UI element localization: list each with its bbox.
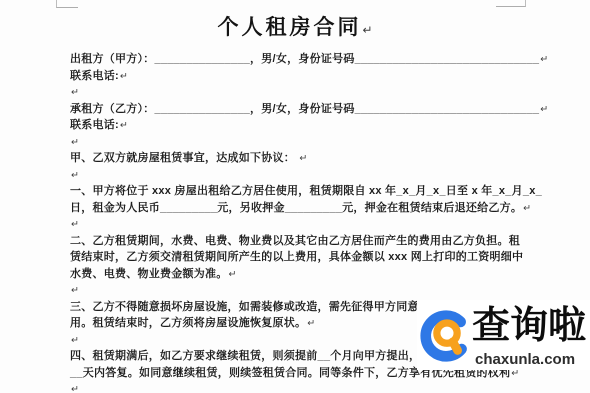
paragraph-mark: ↵ bbox=[71, 219, 79, 230]
paragraph-mark: ↵ bbox=[307, 318, 315, 329]
paragraph-mark: ↵ bbox=[71, 384, 79, 393]
paragraph-mark: ↵ bbox=[362, 23, 372, 37]
document-line: 联系电话:↵ bbox=[70, 117, 548, 134]
document-line: ↵ bbox=[70, 167, 548, 184]
document-title: 个人租房合同↵ bbox=[0, 11, 590, 41]
paragraph-mark: ↵ bbox=[523, 203, 531, 214]
magnifier-logo-icon bbox=[418, 305, 476, 367]
word-document-page: 个人租房合同↵ 出租方（甲方）：_______________，男/女，身份证号… bbox=[0, 0, 590, 393]
document-line: 赁结束时，乙方须交清租赁期间所产生的以上费用，具体金额以 xxx 网上打印的工资… bbox=[70, 249, 548, 266]
paragraph-mark: ↵ bbox=[540, 54, 548, 65]
paragraph-mark: ↵ bbox=[71, 137, 79, 148]
paragraph-mark: ↵ bbox=[120, 71, 128, 82]
paragraph-mark: ↵ bbox=[71, 170, 79, 181]
watermark-brand: 查询啦 bbox=[472, 301, 586, 351]
paragraph-mark: ↵ bbox=[229, 269, 237, 280]
watermark: 查询啦 chaxunla.com bbox=[417, 300, 590, 370]
document-line: 联系电话:↵ bbox=[70, 68, 548, 85]
text-boundary-mark-left bbox=[56, 0, 78, 8]
paragraph-mark: ↵ bbox=[540, 104, 548, 115]
document-line: ↵ bbox=[70, 282, 548, 299]
paragraph-mark: ↵ bbox=[299, 153, 307, 164]
paragraph-mark: ↵ bbox=[71, 87, 79, 98]
document-line: 二、乙方租赁期间，水费、电费、物业费以及其它由乙方居住而产生的费用由乙方负担。租 bbox=[70, 233, 548, 250]
paragraph-mark: ↵ bbox=[71, 285, 79, 296]
watermark-domain: chaxunla.com bbox=[475, 351, 575, 368]
document-line: 一、甲方将位于 xxx 房屋出租给乙方居住使用，租赁期限自 xx 年_x_月_x… bbox=[70, 183, 548, 200]
document-line: ↵ bbox=[70, 381, 548, 393]
document-line: 承租方（乙方）：_______________，男/女，身份证号码_______… bbox=[70, 101, 548, 118]
paragraph-mark: ↵ bbox=[71, 335, 79, 346]
text-boundary-mark-right bbox=[496, 0, 526, 7]
document-line: 水费、电费、物业费金额为准。↵ bbox=[70, 266, 548, 283]
document-line: ↵ bbox=[70, 134, 548, 151]
document-title-text: 个人租房合同 bbox=[217, 16, 361, 39]
document-line: 甲、乙双方就房屋租赁事宜，达成如下协议： ↵ bbox=[70, 150, 548, 167]
document-line: 出租方（甲方）：_______________，男/女，身份证号码_______… bbox=[70, 51, 548, 68]
paragraph-mark: ↵ bbox=[120, 120, 128, 131]
document-line: ↵ bbox=[70, 84, 548, 101]
document-line: 日，租金为人民币_________元，另收押金_________元，押金在租赁结… bbox=[70, 200, 548, 217]
document-line: ↵ bbox=[70, 216, 548, 233]
